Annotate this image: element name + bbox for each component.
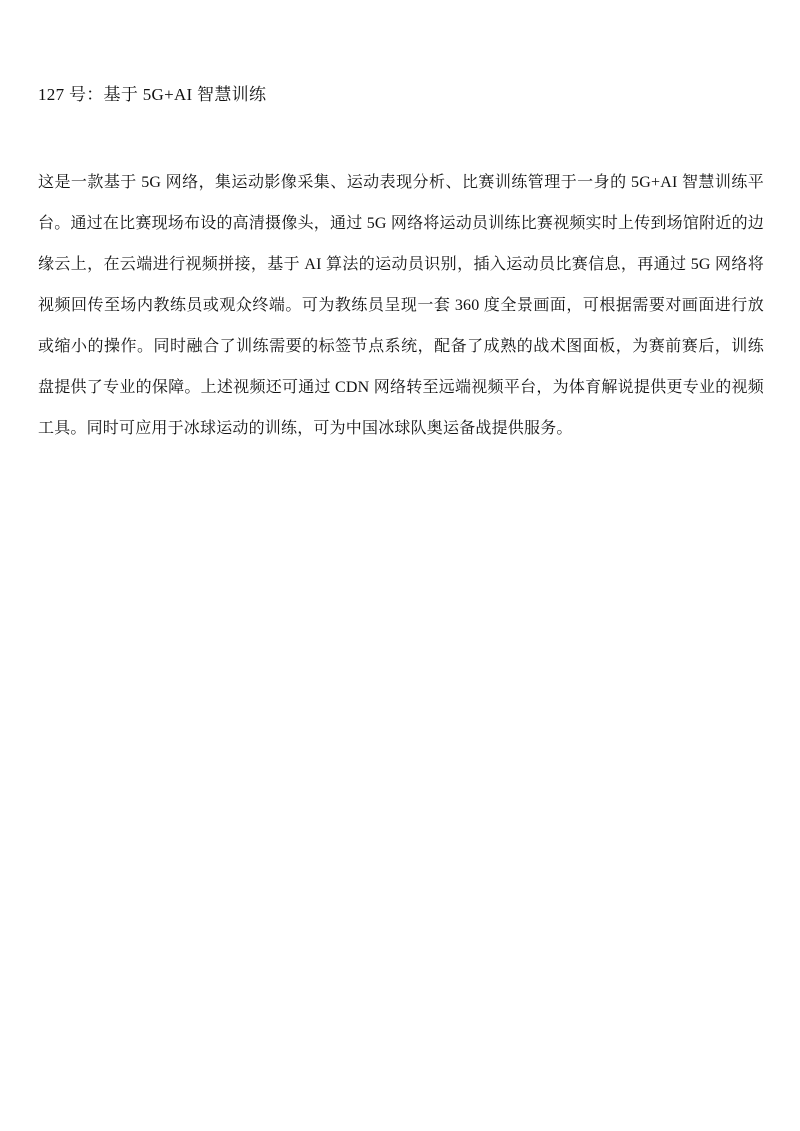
paragraph-line: 盘提供了专业的保障。上述视频还可通过 CDN 网络转至远端视频平台，为体育解说提… — [38, 367, 764, 408]
paragraph-line: 缘云上，在云端进行视频拼接，基于 AI 算法的运动员识别，插入运动员比赛信息，再… — [38, 244, 764, 285]
document-title: 127 号：基于 5G+AI 智慧训练 — [38, 84, 764, 106]
paragraph-line: 视频回传至场内教练员或观众终端。可为教练员呈现一套 360 度全景画面，可根据需… — [38, 285, 764, 326]
paragraph-line: 工具。同时可应用于冰球运动的训练，可为中国冰球队奥运备战提供服务。 — [38, 408, 764, 449]
paragraph-line: 台。通过在比赛现场布设的高清摄像头，通过 5G 网络将运动员训练比赛视频实时上传… — [38, 203, 764, 244]
paragraph-line: 或缩小的操作。同时融合了训练需要的标签节点系统，配备了成熟的战术图面板，为赛前赛… — [38, 326, 764, 367]
document-page: 127 号：基于 5G+AI 智慧训练 这是一款基于 5G 网络，集运动影像采集… — [0, 0, 800, 1131]
paragraph-line: 这是一款基于 5G 网络，集运动影像采集、运动表现分析、比赛训练管理于一身的 5… — [38, 162, 764, 203]
document-paragraph: 这是一款基于 5G 网络，集运动影像采集、运动表现分析、比赛训练管理于一身的 5… — [38, 162, 764, 449]
